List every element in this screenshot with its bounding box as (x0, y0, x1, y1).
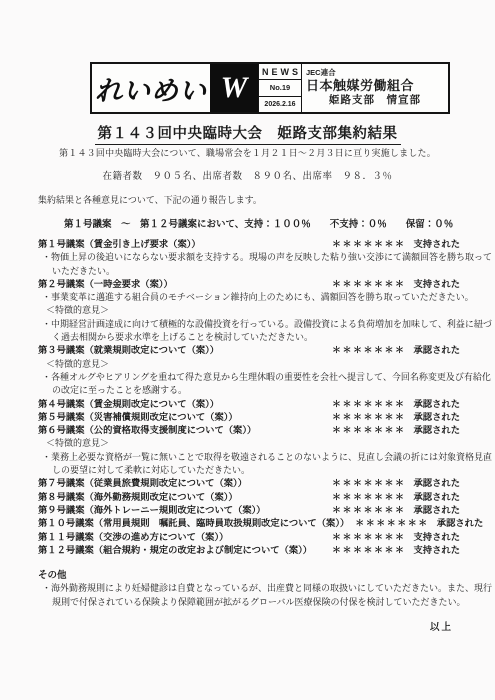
proposal-row: 第２号議案（一時金要求（案））＊＊＊＊＊＊＊支持された (38, 278, 460, 291)
stars-mark: ＊＊＊＊＊＊＊ (332, 345, 406, 355)
stars-mark: ＊＊＊＊＊＊＊ (332, 412, 406, 422)
organization-column: JEC連合 日本触媒労働組合 姫路支部 情宣部 (302, 64, 448, 112)
proposal-result: ＊＊＊＊＊＊＊支持された (332, 531, 460, 544)
proposal-row: 第３号議案（就業規則改定について（案））＊＊＊＊＊＊＊承認された (38, 344, 460, 357)
proposal-result: ＊＊＊＊＊＊＊承認された (355, 517, 483, 530)
text-line: ・海外勤務規則により妊婦健診は自費となっているが、出産費と同様の取扱いにしていた… (38, 582, 460, 595)
proposal-title: 第５号議案（災害補償規則改定について（案）） (38, 411, 238, 424)
proposal-title: 第１０号議案（常用員規則 嘱託員、臨時員取扱規則改定について（案）） (38, 517, 349, 530)
proposal-row: 第６号議案（公的資格取得支援制度について（案））＊＊＊＊＊＊＊承認された (38, 424, 460, 437)
overall-result-line: 第１号議案 ～ 第１２号議案において、支持：１００％ 不支持：０％ 保留：０％ (64, 216, 453, 230)
verdict-label: 承認された (414, 345, 461, 355)
union-name: 日本触媒労働組合 (306, 78, 444, 94)
branch-name: 姫路支部 情宣部 (306, 94, 444, 108)
proposal-result: ＊＊＊＊＊＊＊支持された (332, 544, 460, 557)
proposal-result: ＊＊＊＊＊＊＊承認された (332, 477, 460, 490)
masthead-box: れいめい W NEWS No.19 2026.2.16 JEC連合 日本触媒労働… (90, 62, 450, 114)
proposal-result: ＊＊＊＊＊＊＊承認された (332, 398, 460, 411)
scanned-bulletin-page: れいめい W NEWS No.19 2026.2.16 JEC連合 日本触媒労働… (0, 0, 495, 700)
stars-mark: ＊＊＊＊＊＊＊ (332, 492, 406, 502)
proposal-row: 第１１号議案（交渉の進め方について（案））＊＊＊＊＊＊＊支持された (38, 531, 460, 544)
verdict-label: 支持された (414, 279, 461, 289)
text-line: ＜特徴的意見＞ (38, 437, 460, 450)
text-line: ＜特徴的意見＞ (38, 304, 460, 317)
verdict-label: 支持された (414, 532, 461, 542)
verdict-label: 承認された (414, 492, 461, 502)
proposal-title: 第９号議案（海外トレーニー規則改定について（案）） (38, 504, 266, 517)
verdict-label: 承認された (414, 478, 461, 488)
proposal-title: 第８号議案（海外勤務規則改定について（案）） (38, 491, 238, 504)
verdict-label: 承認された (437, 518, 484, 528)
stars-mark: ＊＊＊＊＊＊＊ (355, 518, 429, 528)
stars-mark: ＊＊＊＊＊＊＊ (332, 239, 406, 249)
proposal-title: 第３号議案（就業規則改定について（案）） (38, 344, 219, 357)
proposal-row: 第１０号議案（常用員規則 嘱託員、臨時員取扱規則改定について（案））＊＊＊＊＊＊… (38, 517, 460, 530)
stars-mark: ＊＊＊＊＊＊＊ (332, 532, 406, 542)
proposal-row: 第５号議案（災害補償規則改定について（案））＊＊＊＊＊＊＊承認された (38, 411, 460, 424)
proposal-row: 第９号議案（海外トレーニー規則改定について（案））＊＊＊＊＊＊＊承認された (38, 504, 460, 517)
proposal-result: ＊＊＊＊＊＊＊承認された (332, 504, 460, 517)
masthead-title: れいめい (92, 64, 210, 112)
document-title: 第１４３回中央臨時大会 姫路支部集約結果 (0, 122, 495, 145)
stars-mark: ＊＊＊＊＊＊＊ (332, 399, 406, 409)
stars-mark: ＊＊＊＊＊＊＊ (332, 478, 406, 488)
news-label: NEWS (259, 64, 301, 79)
text-line: ・事業変革に邁進する組合員のモチベーション維持向上のためにも、満額回答を勝ち取っ… (38, 291, 460, 304)
proposal-title: 第７号議案（従業員旅費規則改定について（案）） (38, 477, 247, 490)
text-line: しの要望に対して柔軟に対応していただきたい。 (38, 464, 460, 477)
stars-mark: ＊＊＊＊＊＊＊ (332, 505, 406, 515)
document-title-text: 第１４３回中央臨時大会 姫路支部集約結果 (95, 122, 401, 145)
news-info-column: NEWS No.19 2026.2.16 (258, 64, 302, 112)
proposal-title: 第６号議案（公的資格取得支援制度について（案）） (38, 424, 256, 437)
proposal-result: ＊＊＊＊＊＊＊承認された (332, 344, 460, 357)
closing-mark: 以上 (430, 619, 453, 633)
verdict-label: 承認された (414, 505, 461, 515)
text-line: く過去相関から要求水準を上げることを検討していただきたい。 (38, 331, 460, 344)
stars-mark: ＊＊＊＊＊＊＊ (332, 425, 406, 435)
proposal-result: ＊＊＊＊＊＊＊承認された (332, 491, 460, 504)
text-line: ・物価上昇の後追いにならない要求額を支持する。現場の声を反映した粘り強い交渉にて… (38, 251, 460, 264)
text-line: その他 (38, 569, 460, 582)
proposal-result: ＊＊＊＊＊＊＊承認された (332, 424, 460, 437)
proposal-row: 第１２号議案（組合規約・規定の改定および制定について（案））＊＊＊＊＊＊＊支持さ… (38, 544, 460, 557)
proposal-title: 第１号議案（賃金引き上げ要求（案）） (38, 238, 201, 251)
stars-mark: ＊＊＊＊＊＊＊ (332, 279, 406, 289)
proposal-row: 第８号議案（海外勤務規則改定について（案））＊＊＊＊＊＊＊承認された (38, 491, 460, 504)
proposal-title: 第１１号議案（交渉の進め方について（案）） (38, 531, 228, 544)
text-line: ・業務上必要な資格が一覧に無いことで取得を敬遠されることのないように、見直し会議… (38, 451, 460, 464)
proposal-row: 第７号議案（従業員旅費規則改定について（案））＊＊＊＊＊＊＊承認された (38, 477, 460, 490)
verdict-label: 承認された (414, 425, 461, 435)
verdict-label: 支持された (414, 545, 461, 555)
issue-date: 2026.2.16 (259, 96, 301, 112)
proposal-result: ＊＊＊＊＊＊＊承認された (332, 411, 460, 424)
proposal-title: 第１２号議案（組合規約・規定の改定および制定について（案）） (38, 544, 312, 557)
verdict-label: 支持された (414, 239, 461, 249)
proposal-result: ＊＊＊＊＊＊＊支持された (332, 238, 460, 251)
federation-name: JEC連合 (306, 68, 444, 78)
stars-mark: ＊＊＊＊＊＊＊ (332, 545, 406, 555)
attendance-stats-line: 在籍者数 ９０５名、出席者数 ８９０名、出席率 ９８．３％ (0, 168, 495, 182)
text-line: の改定に至ったことを感謝する。 (38, 384, 460, 397)
text-line: ＜特徴的意見＞ (38, 358, 460, 371)
text-line: 規則で付保されている保険より保障範囲が拡がるグローバル医療保険の付保を検討してい… (38, 596, 460, 609)
union-logo-icon: W (210, 64, 258, 112)
proposal-result: ＊＊＊＊＊＊＊支持された (332, 278, 460, 291)
issue-number: No.19 (259, 79, 301, 95)
body-lines: 第１号議案（賃金引き上げ要求（案））＊＊＊＊＊＊＊支持された・物価上昇の後追いに… (38, 238, 460, 609)
verdict-label: 承認された (414, 399, 461, 409)
proposal-row: 第１号議案（賃金引き上げ要求（案））＊＊＊＊＊＊＊支持された (38, 238, 460, 251)
proposal-title: 第４号議案（賃金規則改定について（案）） (38, 398, 219, 411)
text-line: ・各種オルグやヒアリングを重ねて得た意見から生理休暇の重要性を会社へ提言して、今… (38, 371, 460, 384)
text-line: ・中期経営計画達成に向けて積極的な設備投資を行っている。設備投資による負荷増加を… (38, 318, 460, 331)
report-notice-line: 集約結果と各種意見について、下記の通り報告します。 (38, 193, 262, 206)
proposal-title: 第２号議案（一時金要求（案）） (38, 278, 173, 291)
proposal-row: 第４号議案（賃金規則改定について（案））＊＊＊＊＊＊＊承認された (38, 398, 460, 411)
verdict-label: 承認された (414, 412, 461, 422)
text-line: いただきたい。 (38, 265, 460, 278)
intro-implementation-line: 第１４３回中央臨時大会について、職場常会を１月２１日～２月３日に亘り実施しました… (0, 146, 495, 159)
